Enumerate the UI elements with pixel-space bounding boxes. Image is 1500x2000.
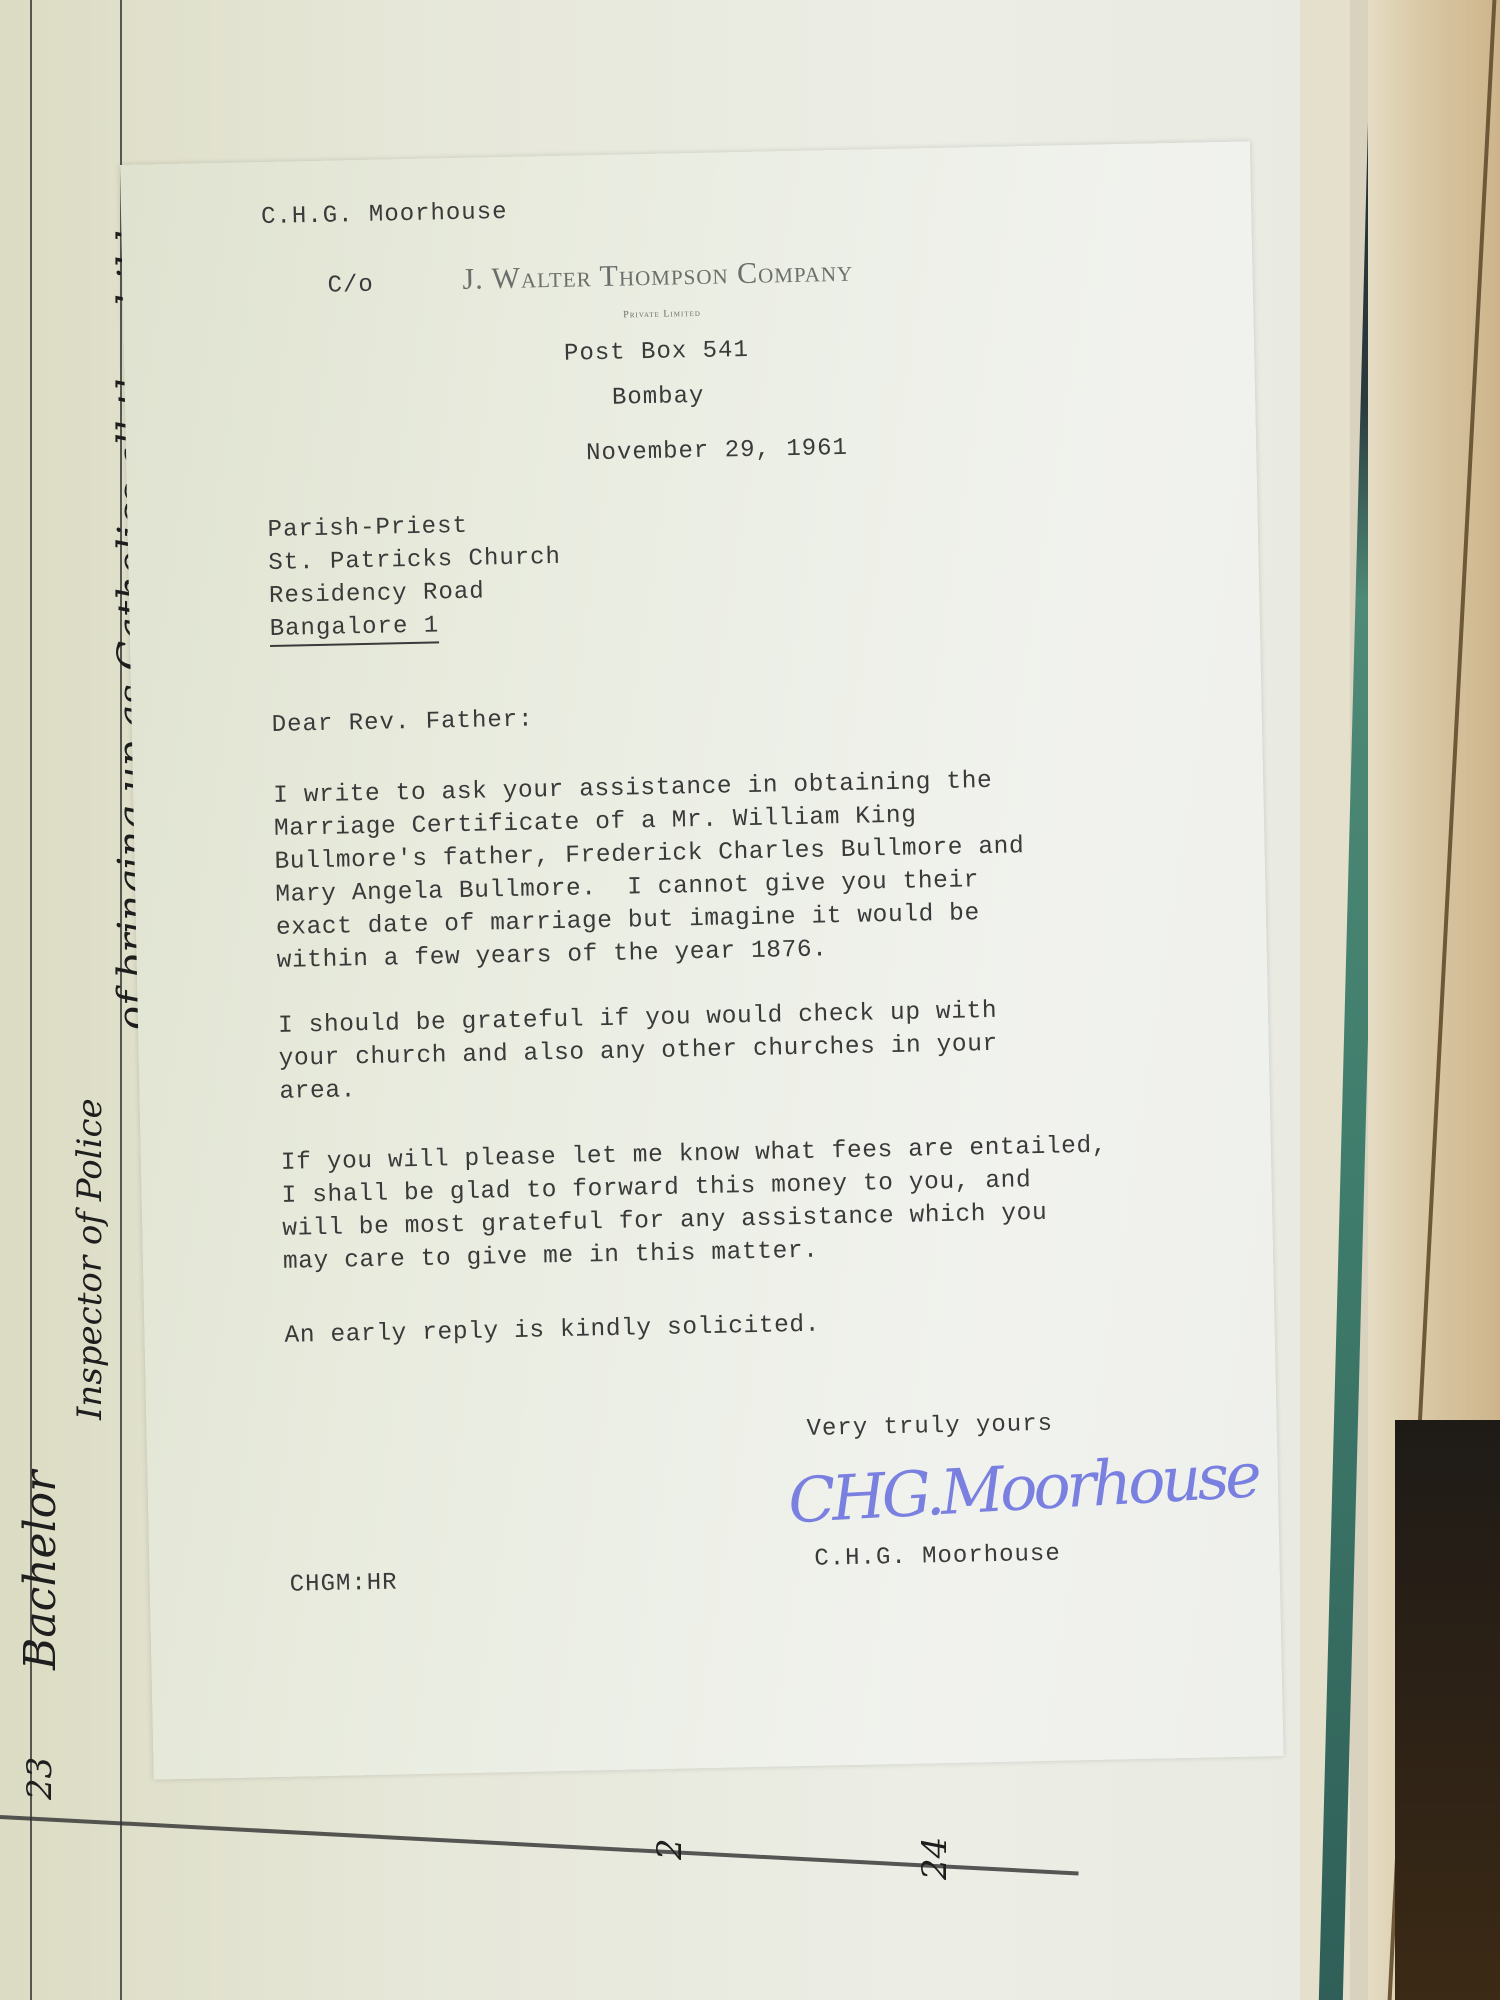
body-paragraph: If you will please let me know what fees… — [281, 1130, 1110, 1279]
company-subtitle: Private Limited — [623, 308, 701, 321]
salutation: Dear Rev. Father: — [271, 706, 533, 738]
recipient-line: Bangalore 1 — [269, 612, 439, 647]
letter-date: November 29, 1961 — [586, 435, 848, 467]
recipient-line: Residency Road — [269, 578, 485, 610]
ledger-handwriting: 23 — [20, 1757, 60, 1800]
body-paragraph: I should be grateful if you would check … — [278, 995, 999, 1109]
address-city: Bombay — [612, 383, 705, 412]
company-letterhead: J. Walter Thompson Company — [462, 255, 853, 297]
closing: Very truly yours — [806, 1411, 1053, 1443]
body-paragraph: I write to ask your assistance in obtain… — [273, 764, 1027, 978]
ledger-column-rule — [30, 0, 32, 2000]
reference-initials: CHGM:HR — [289, 1570, 397, 1599]
recipient-line: St. Patricks Church — [268, 544, 561, 577]
handwritten-signature: CHG.Moorhouse — [786, 1438, 1259, 1537]
sender-name: C.H.G. Moorhouse — [261, 199, 508, 231]
typed-letter: C.H.G. Moorhouse C/o J. Walter Thompson … — [120, 141, 1284, 1779]
body-paragraph: An early reply is kindly solicited. — [284, 1309, 820, 1353]
address-post-box: Post Box 541 — [564, 337, 749, 368]
ledger-handwriting: 2 — [650, 1838, 690, 1860]
typed-signatory-name: C.H.G. Moorhouse — [814, 1541, 1061, 1573]
ledger-handwriting: Bachelor — [15, 1471, 66, 1670]
care-of-label: C/o — [327, 272, 374, 300]
ledger-handwriting: 24 — [915, 1837, 955, 1880]
background-shadow — [1395, 1420, 1500, 2000]
ledger-handwriting: Inspector of Police — [70, 1098, 110, 1420]
recipient-line: Parish-Priest — [267, 513, 468, 544]
